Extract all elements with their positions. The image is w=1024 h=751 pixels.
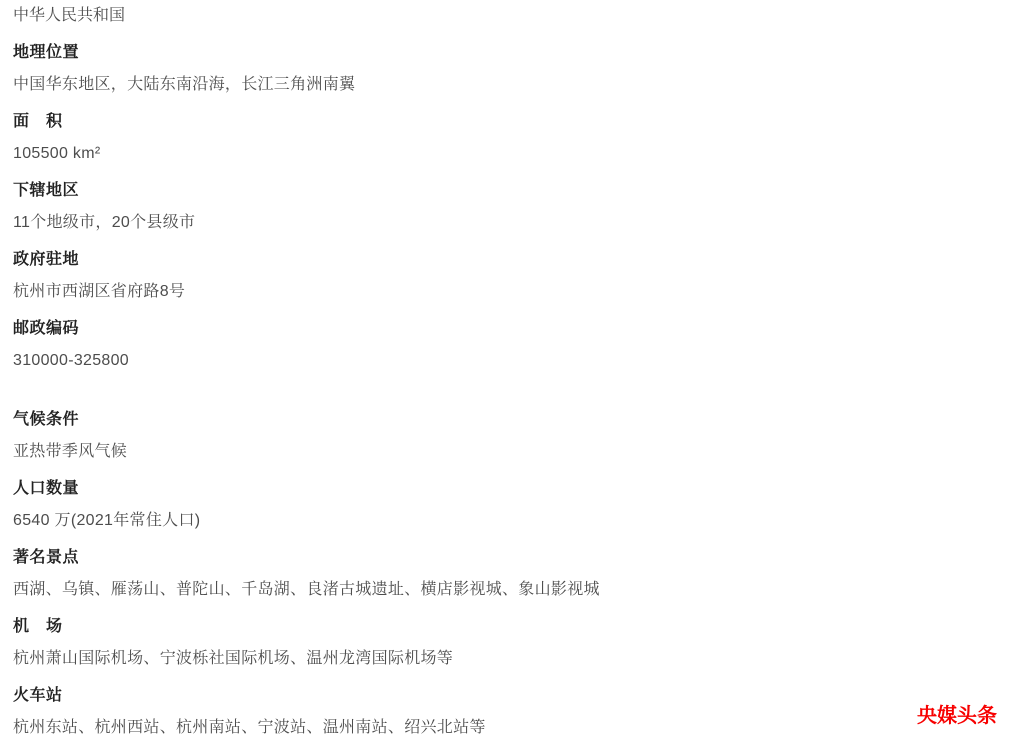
- info-row-airports: 机 场 杭州萧山国际机场、宁波栎社国际机场、温州龙湾国际机场等: [13, 616, 1024, 670]
- info-label: 邮政编码: [13, 318, 1024, 340]
- info-row-postal-code: 邮政编码 310000-325800: [13, 318, 1024, 372]
- info-value: 杭州市西湖区省府路8号: [13, 281, 1024, 303]
- info-row-train-stations: 火车站 杭州东站、杭州西站、杭州南站、宁波站、温州南站、绍兴北站等: [13, 685, 1024, 739]
- info-value: 310000-325800: [13, 350, 1024, 372]
- info-label: 火车站: [13, 685, 1024, 707]
- info-label: 面 积: [13, 111, 1024, 133]
- info-row-attractions: 著名景点 西湖、乌镇、雁荡山、普陀山、千岛湖、良渚古城遗址、横店影视城、象山影视…: [13, 547, 1024, 601]
- info-label: 下辖地区: [13, 180, 1024, 202]
- info-label: 人口数量: [13, 478, 1024, 500]
- watermark-logo: 央媒头条: [917, 704, 997, 728]
- info-label: 气候条件: [13, 409, 1024, 431]
- info-value: 11个地级市，20个县级市: [13, 212, 1024, 234]
- info-value-country: 中华人民共和国: [13, 5, 1024, 27]
- info-label: 政府驻地: [13, 249, 1024, 271]
- info-value: 中国华东地区，大陆东南沿海，长江三角洲南翼: [13, 74, 1024, 96]
- info-row-government-seat: 政府驻地 杭州市西湖区省府路8号: [13, 249, 1024, 303]
- info-label: 地理位置: [13, 42, 1024, 64]
- info-label: 著名景点: [13, 547, 1024, 569]
- info-value: 6540 万(2021年常住人口): [13, 510, 1024, 532]
- info-row-population: 人口数量 6540 万(2021年常住人口): [13, 478, 1024, 532]
- basic-info-list: 中华人民共和国 地理位置 中国华东地区，大陆东南沿海，长江三角洲南翼 面 积 1…: [0, 0, 1024, 739]
- info-value: 105500 km²: [13, 143, 1024, 165]
- info-row-subdivisions: 下辖地区 11个地级市，20个县级市: [13, 180, 1024, 234]
- info-row-climate: 气候条件 亚热带季风气候: [13, 409, 1024, 463]
- info-value: 杭州萧山国际机场、宁波栎社国际机场、温州龙湾国际机场等: [13, 648, 1024, 670]
- info-value: 西湖、乌镇、雁荡山、普陀山、千岛湖、良渚古城遗址、横店影视城、象山影视城: [13, 579, 1024, 601]
- info-value: 杭州东站、杭州西站、杭州南站、宁波站、温州南站、绍兴北站等: [13, 717, 1024, 739]
- info-row-location: 地理位置 中国华东地区，大陆东南沿海，长江三角洲南翼: [13, 42, 1024, 96]
- info-row-area: 面 积 105500 km²: [13, 111, 1024, 165]
- info-value: 亚热带季风气候: [13, 441, 1024, 463]
- info-label: 机 场: [13, 616, 1024, 638]
